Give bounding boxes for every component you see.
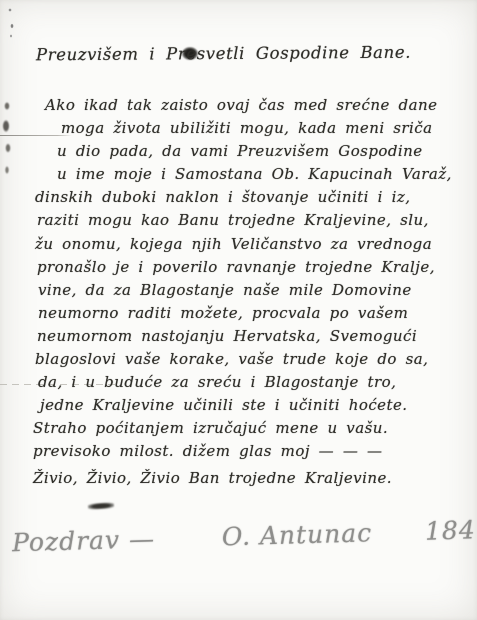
letter-body: Ako ikad tak zaisto ovaj čas med srećne …: [33, 94, 463, 490]
letter-line: vine, da za Blagostanje naše mile Domovi…: [38, 279, 463, 302]
letter-line: da, i u buduće za sreću i Blagostanje tr…: [38, 371, 463, 394]
letter-line: jedne Kraljevine učinili ste i učiniti h…: [40, 394, 463, 417]
letter-line: u ime moje i Samostana Ob. Kapucinah Var…: [57, 163, 463, 186]
letter-line: previsoko milost. dižem glas moj — — —: [33, 440, 463, 463]
left-edge-smudge-artifact: [2, 96, 14, 188]
letter-line: neumorno raditi možete, procvala po vaše…: [38, 302, 463, 325]
closing-greeting: Pozdrav —: [12, 524, 156, 557]
letter-page: Preuzvišem i Presvetli Gospodine Bane. A…: [0, 0, 477, 620]
letter-line: moga života ubiližiti mogu, kada meni sr…: [61, 117, 463, 140]
letter-line: Ako ikad tak zaisto ovaj čas med srećne …: [45, 94, 463, 117]
letter-line: blagoslovi vaše korake, vaše trude koje …: [35, 348, 463, 371]
letter-line: raziti mogu kao Banu trojedne Kraljevine…: [37, 209, 463, 232]
letter-line: neumornom nastojanju Hervatska, Svemoguć…: [37, 325, 463, 348]
letter-line: Živio, Živio, Živio Ban trojedne Kraljev…: [33, 467, 463, 490]
letter-line: dinskih duboki naklon i štovanje učiniti…: [35, 186, 463, 209]
letter-line: u dio pada, da vami Preuzvišem Gospodine: [57, 140, 463, 163]
letter-line: žu onomu, kojega njih Veličanstvo za vre…: [35, 233, 463, 256]
letter-line: pronašlo je i poverilo ravnanje trojedne…: [37, 256, 463, 279]
pencil-closing-note: Pozdrav — O. Antunac 1847: [12, 516, 463, 558]
closing-year: 1847: [425, 515, 477, 546]
letter-line: Straho poćitanjem izručajuć mene u vašu.: [33, 417, 463, 440]
corner-specks-artifact: [5, 6, 21, 40]
letter-salutation: Preuzvišem i Presvetli Gospodine Bane.: [36, 43, 411, 65]
bottom-smudge-artifact: [88, 502, 114, 510]
closing-signature: O. Antunac: [222, 518, 373, 551]
